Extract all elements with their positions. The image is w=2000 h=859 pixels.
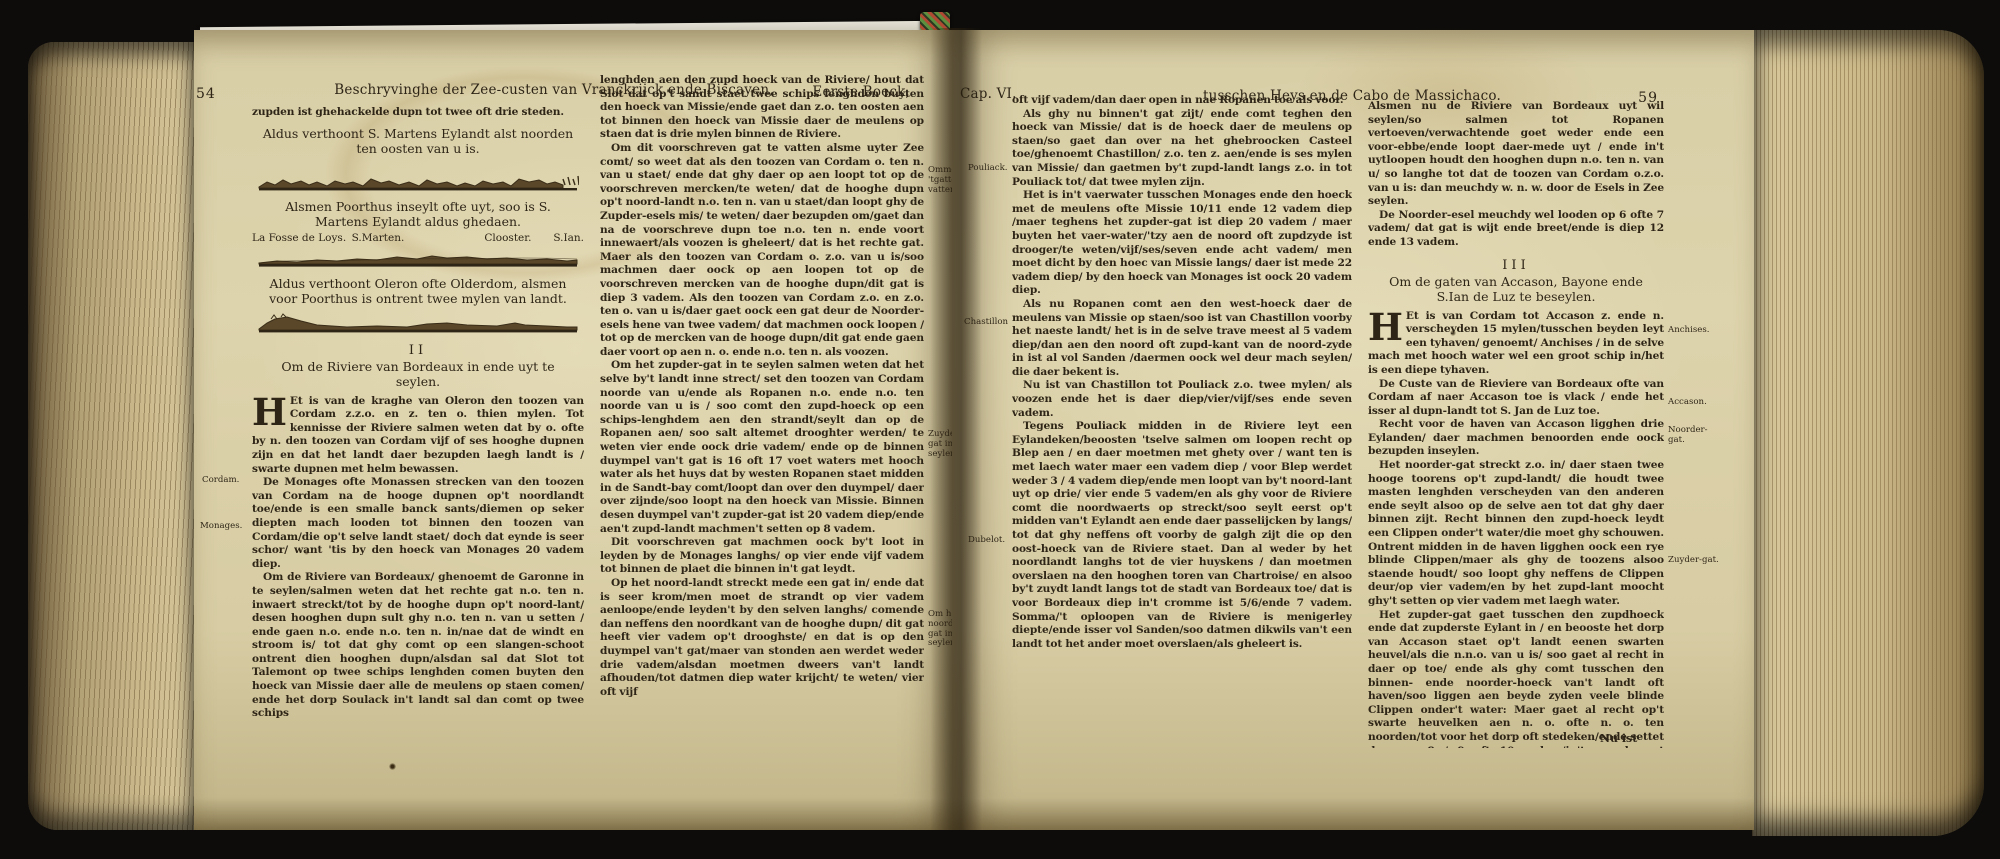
figure-caption: Aldus verthoont Oleron ofte Olderdom, al… [260, 276, 576, 307]
margin-note-cordam: Cordam. [202, 476, 250, 486]
section-number: III [1368, 258, 1664, 273]
figure-caption: Aldus verthoont S. Martens Eylandt alst … [260, 126, 576, 157]
label-la-fosse: La Fosse de Loys. [252, 232, 346, 244]
body-paragraph: Recht voor de haven van Accason ligghen … [1368, 418, 1664, 459]
left-col-1: zupden ist ghehackelde dupn tot twee oft… [252, 106, 584, 768]
section-number: II [252, 343, 584, 358]
coastal-profile-poorthus [257, 248, 579, 270]
margin-note-anchises: Anchises. [1668, 326, 1720, 336]
margin-note-monages: Monages. [200, 522, 250, 532]
right-page: Cap. VI. tusschen Heys en de Cabo de Mas… [952, 30, 1754, 830]
section-title: Om de Riviere van Bordeaux in ende uyt t… [258, 359, 578, 389]
label-s-ian: S.Ian. [553, 232, 584, 244]
right-col-1: oft vijf vadem/dan daer open in nae Ropa… [1012, 94, 1352, 754]
body-paragraph: Om het zupder-gat in te seylen salmen we… [600, 359, 924, 536]
book-photo: 54 Beschryvinghe der Zee-custen van Vran… [0, 0, 2000, 859]
body-paragraph: De Noorder-esel meuchdy wel looden op 6 … [1368, 209, 1664, 250]
label-s-marten: S.Marten. [352, 232, 405, 244]
body-paragraph: Het noorder-gat streckt z.o. in/ daer st… [1368, 459, 1664, 609]
body-paragraph: lenghden aen den zupd hoeck van de Rivie… [600, 74, 924, 142]
body-paragraph: Op het noord-landt streckt mede een gat … [600, 577, 924, 699]
label-clooster: Clooster. [484, 232, 531, 244]
coastal-profile-st-martens [257, 159, 579, 193]
body-paragraph: Tegens Pouliack midden in de Riviere ley… [1012, 420, 1352, 651]
body-paragraph: Het zupder-gat gaet tusschen den zupdhoe… [1368, 609, 1664, 748]
margin-note-accason: Accason. [1668, 398, 1720, 408]
body-paragraph: Nu ist van Chastillon tot Pouliack z.o. … [1012, 379, 1352, 420]
drop-cap: H [252, 395, 290, 427]
section-title: Om de gaten van Accason, Bayone ende S.I… [1374, 274, 1658, 304]
left-page-edges [28, 42, 196, 830]
body-paragraph: Alsmen nu de Riviere van Bordeaux uyt wi… [1368, 100, 1664, 209]
catchword: Nu ist [1600, 732, 1637, 745]
left-page: 54 Beschryvinghe der Zee-custen van Vran… [194, 30, 956, 830]
right-col-2: Alsmen nu de Riviere van Bordeaux uyt wi… [1368, 100, 1664, 748]
body-paragraph: Het is in't vaerwater tusschen Monages e… [1012, 189, 1352, 298]
figure-caption: Alsmen Poorthus inseylt ofte uyt, soo is… [260, 199, 576, 230]
profile-labels: La Fosse de Loys. S.Marten. Clooster. S.… [252, 232, 584, 246]
body-paragraph: Dit voorschreven gat machmen oock by't l… [600, 536, 924, 577]
body-line: zupden ist ghehackelde dupn tot twee oft… [252, 106, 584, 120]
gutter-shadow [930, 28, 982, 830]
left-col-2: lenghden aen den zupd hoeck van de Rivie… [600, 74, 924, 742]
body-paragraph: Et is van Cordam tot Accason z. ende n. … [1368, 310, 1664, 376]
drop-cap: H [1368, 310, 1406, 342]
right-fore-edge [1752, 30, 1984, 836]
body-paragraph: Om de Riviere van Bordeaux/ ghenoemt de … [252, 571, 584, 721]
body-paragraph: Als ghy nu binnen't gat zijt/ ende comt … [1012, 108, 1352, 190]
coastal-profile-oleron [257, 309, 579, 335]
body-paragraph: De Custe van de Rieviere van Bordeaux of… [1368, 378, 1664, 419]
page-number: 54 [196, 86, 216, 102]
body-paragraph: Als nu Ropanen comt aen den west-hoeck d… [1012, 298, 1352, 380]
body-paragraph: De Monages ofte Monassen strecken van de… [252, 476, 584, 571]
margin-note-zuyder-gat: Zuyder-gat. [1668, 556, 1720, 566]
margin-note-noorder-gat: Noorder-gat. [1668, 426, 1720, 446]
body-paragraph: Om dit voorschreven gat te vatten alsme … [600, 142, 924, 360]
body-paragraph: oft vijf vadem/dan daer open in nae Ropa… [1012, 94, 1352, 108]
body-paragraph: Et is van de kraghe van Oleron den tooze… [252, 395, 584, 475]
